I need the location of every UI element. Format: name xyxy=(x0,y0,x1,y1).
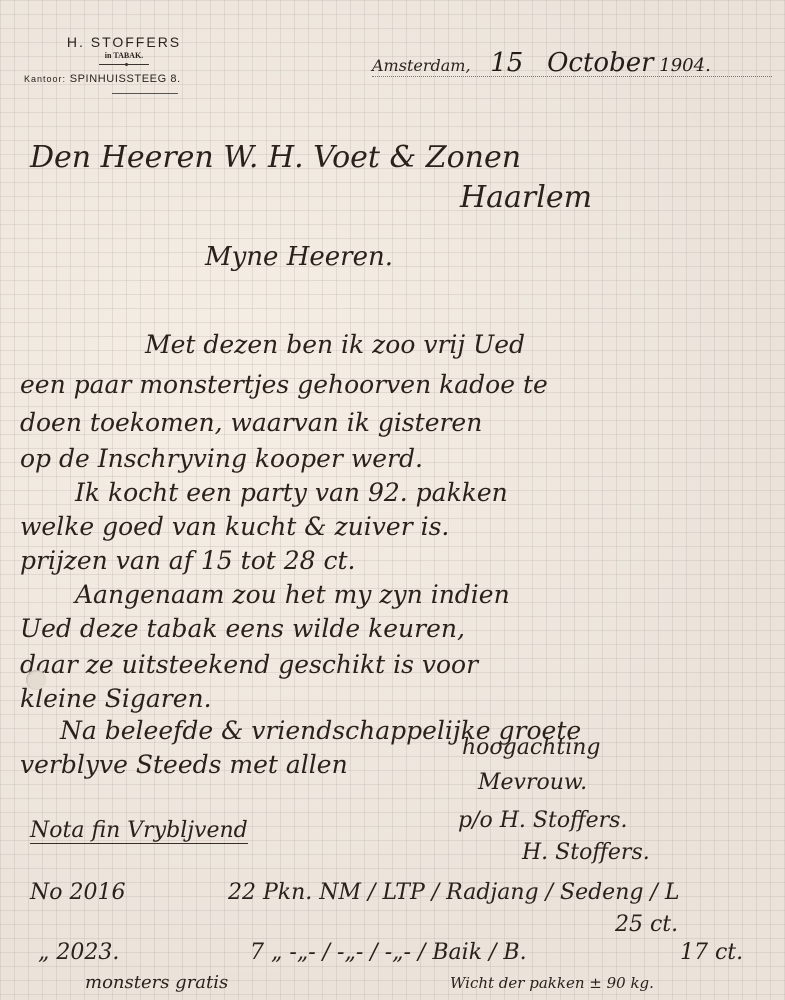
body-line: doen toekomen, waarvan ik gisteren xyxy=(20,408,482,437)
body-line: op de Inschryving kooper werd. xyxy=(20,444,423,473)
date-city: Amsterdam, xyxy=(372,56,471,75)
addressee-name: Den Heeren W. H. Voet & Zonen xyxy=(30,140,521,175)
note-entry-number: „ 2023. xyxy=(38,940,119,965)
signature: H. Stoffers. xyxy=(522,840,650,865)
body-line: welke goed van kucht & zuiver is. xyxy=(20,512,449,541)
body-line: een paar monstertjes gehoorven kadoe te xyxy=(20,370,548,399)
closing-per-order: p/o H. Stoffers. xyxy=(458,808,627,833)
samples-note: monsters gratis xyxy=(85,972,228,993)
closing-title: Mevrouw. xyxy=(478,770,587,795)
date-day: 15 xyxy=(490,48,523,78)
body-line: Ued deze tabak eens wilde keuren, xyxy=(20,614,465,643)
body-line: kleine Sigaren. xyxy=(20,684,212,713)
note-entry-number: No 2016 xyxy=(30,880,125,905)
closing-greeting: hoogachting xyxy=(462,735,600,760)
note-title: Nota fin Vrybljvend xyxy=(30,818,248,844)
office-label: Kantoor: xyxy=(24,74,66,84)
weight-note: Wicht der pakken ± 90 kg. xyxy=(450,974,654,992)
company-trade: in TABAK. xyxy=(24,51,224,60)
body-line: verblyve Steeds met allen xyxy=(20,750,348,779)
office-address-line: Kantoor: SPINHUISSTEEG 8. xyxy=(24,73,264,85)
letterhead-divider xyxy=(112,93,178,94)
date-month: October xyxy=(547,48,653,78)
addressee-city: Haarlem xyxy=(460,180,592,215)
punch-hole xyxy=(26,670,46,690)
body-line: Aangenaam zou het my zyn indien xyxy=(75,580,510,609)
office-address: SPINHUISSTEEG 8. xyxy=(70,73,181,85)
ornament-divider xyxy=(99,64,149,65)
date-year: 1904. xyxy=(659,55,711,76)
dateline: Amsterdam, 15 October 1904. xyxy=(372,48,772,77)
note-entry-description: 7 „ -„- / -„- / -„- / Baik / B. xyxy=(250,940,527,965)
body-line: prijzen van af 15 tot 28 ct. xyxy=(20,546,356,575)
letterhead: H. STOFFERS in TABAK. Kantoor: SPINHUISS… xyxy=(24,34,264,94)
note-entry-price: 17 ct. xyxy=(680,940,743,965)
note-entry-description: 22 Pkn. NM / LTP / Radjang / Sedeng / L xyxy=(228,880,679,905)
company-name: H. STOFFERS xyxy=(24,34,224,50)
note-entry-price: 25 ct. xyxy=(615,912,678,937)
body-line: Ik kocht een party van 92. pakken xyxy=(75,478,508,507)
body-line: daar ze uitsteekend geschikt is voor xyxy=(20,650,478,679)
body-line: Met dezen ben ik zoo vrij Ued xyxy=(145,330,525,359)
salutation: Myne Heeren. xyxy=(205,242,393,272)
